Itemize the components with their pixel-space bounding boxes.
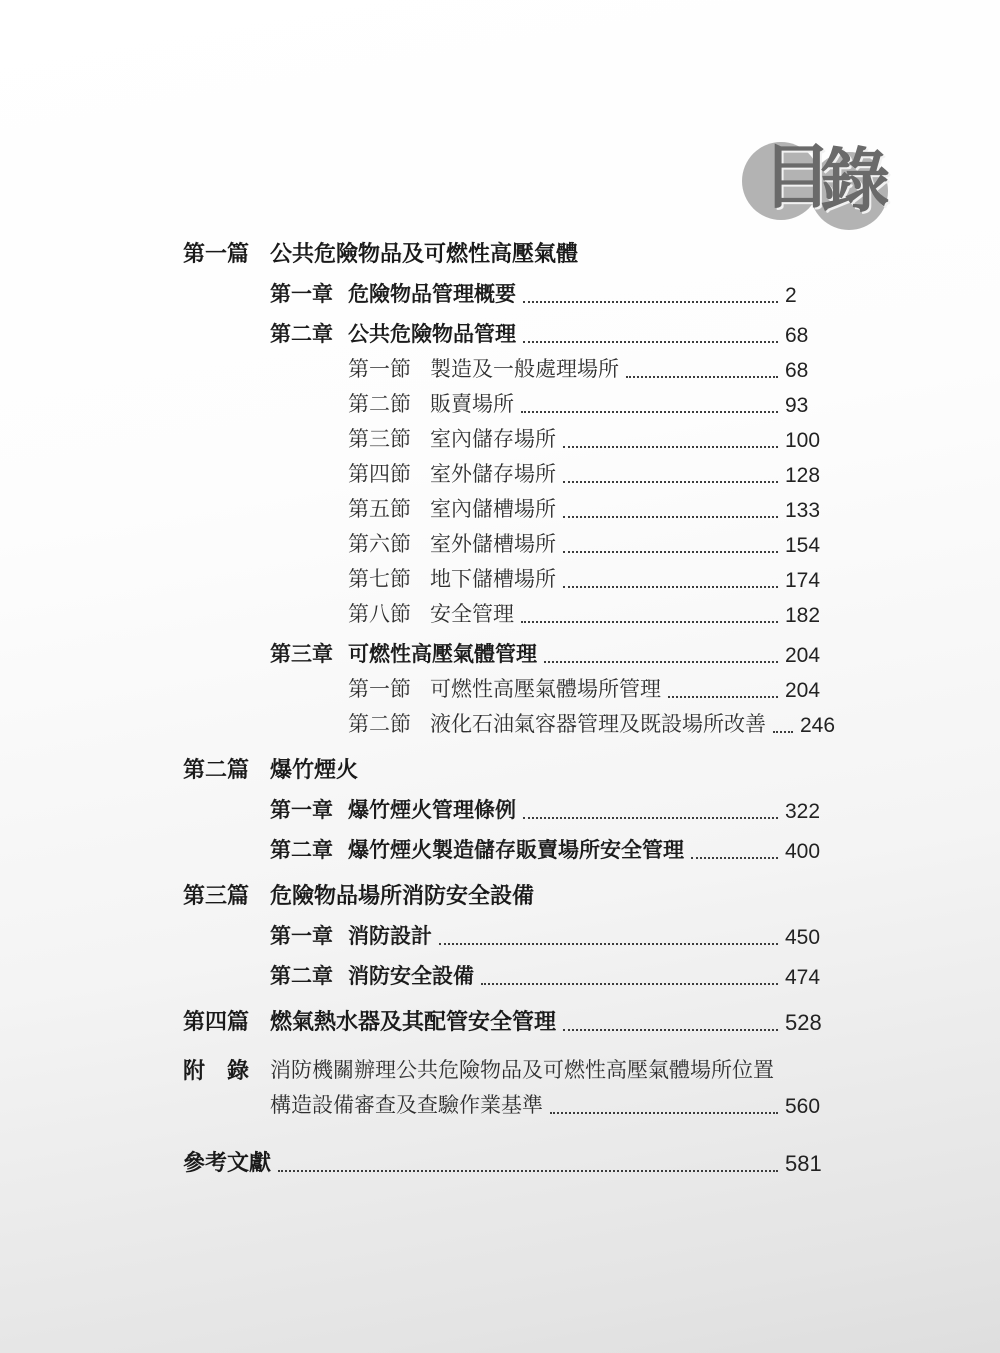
entry-body: 消防機關辦理公共危險物品及可燃性高壓氣體場所位置構造設備審查及查驗作業基準560 [270,1058,823,1119]
entry-label: 第三節 [348,423,430,453]
entry-page-number: 322 [785,800,823,824]
toc-entry-section: 第二節販賣場所93 [183,392,823,418]
entry-page-number: 204 [785,679,823,703]
entry-page-number: 68 [785,359,823,383]
entry-title-continued: 構造設備審查及查驗作業基準 [270,1089,543,1119]
dot-leader [523,817,778,819]
entry-label: 第三篇 [183,879,270,910]
toc-entry-chapter: 第一章消防設計450 [183,924,823,950]
entry-page-number: 133 [785,499,823,523]
dot-leader [544,661,778,663]
entry-title: 燃氣熱水器及其配管安全管理 [270,1005,556,1036]
entry-page-number: 154 [785,534,823,558]
dot-leader [668,696,778,698]
toc-entry-section: 第三節室內儲存場所100 [183,427,823,453]
toc-entry-chapter: 第一章爆竹煙火管理條例322 [183,798,823,824]
entry-label: 第一章 [270,920,348,950]
dot-leader [523,301,778,303]
dot-leader [563,516,778,518]
document-page: 目 錄 第一篇公共危險物品及可燃性高壓氣體第一章危險物品管理概要2第二章公共危險… [0,0,1000,1353]
dot-leader [439,943,778,945]
entry-label: 第二節 [348,388,430,418]
entry-page-number: 182 [785,604,823,628]
toc-entry-part: 第二篇爆竹煙火 [183,758,823,784]
toc-entry-part: 第三篇危險物品場所消防安全設備 [183,884,823,910]
toc-list: 第一篇公共危險物品及可燃性高壓氣體第一章危險物品管理概要2第二章公共危險物品管理… [183,242,823,1177]
dot-leader [550,1112,778,1114]
dot-leader [523,341,778,343]
entry-page-number: 100 [785,429,823,453]
entry-page-number: 2 [785,284,823,308]
entry-label: 第五節 [348,493,430,523]
entry-title: 參考文獻 [183,1146,271,1177]
entry-page-number: 174 [785,569,823,593]
dot-leader [563,1029,778,1031]
entry-title: 製造及一般處理場所 [430,353,619,383]
entry-page-number: 450 [785,926,823,950]
entry-title: 爆竹煙火製造儲存販賣場所安全管理 [348,834,684,864]
entry-page-number: 93 [785,394,823,418]
dot-leader [563,586,778,588]
toc-entry-chapter: 第二章消防安全設備474 [183,964,823,990]
toc-entry-part: 第四篇燃氣熱水器及其配管安全管理528 [183,1010,823,1036]
dot-leader [691,857,778,859]
entry-page-number: 68 [785,324,823,348]
entry-label: 第二章 [270,834,348,864]
entry-title: 可燃性高壓氣體場所管理 [430,673,661,703]
entry-page-number: 246 [800,714,838,738]
dot-leader [563,481,778,483]
entry-title: 室內儲存場所 [430,423,556,453]
toc-entry-ref: 參考文獻581 [183,1151,823,1177]
entry-page-number: 128 [785,464,823,488]
entry-title: 安全管理 [430,598,514,628]
toc-entry-section: 第一節可燃性高壓氣體場所管理204 [183,677,823,703]
entry-title: 危險物品管理概要 [348,278,516,308]
entry-title: 可燃性高壓氣體管理 [348,638,537,668]
toc-entry-section: 第一節製造及一般處理場所68 [183,357,823,383]
entry-title: 消防安全設備 [348,960,474,990]
toc-entry-chapter: 第三章可燃性高壓氣體管理204 [183,642,823,668]
dot-leader [521,621,778,623]
dot-leader [563,551,778,553]
entry-label: 第一篇 [183,237,270,268]
entry-label: 第二篇 [183,753,270,784]
toc-entry-chapter: 第二章爆竹煙火製造儲存販賣場所安全管理400 [183,838,823,864]
toc-entry-chapter: 第二章公共危險物品管理68 [183,322,823,348]
entry-label: 第六節 [348,528,430,558]
toc-entry-section: 第六節室外儲槽場所154 [183,532,823,558]
toc-entry-section: 第二節液化石油氣容器管理及既設場所改善246 [183,712,823,738]
entry-title: 爆竹煙火管理條例 [348,794,516,824]
toc-entry-section: 第四節室外儲存場所128 [183,462,823,488]
entry-title: 公共危險物品管理 [348,318,516,348]
dot-leader [521,411,778,413]
entry-title: 販賣場所 [430,388,514,418]
dot-leader [626,376,778,378]
entry-title: 爆竹煙火 [270,753,358,784]
entry-label: 第七節 [348,563,430,593]
entry-page-number: 560 [785,1095,823,1119]
dot-leader [773,731,793,733]
entry-label: 第八節 [348,598,430,628]
entry-title: 室外儲槽場所 [430,528,556,558]
entry-label: 第四篇 [183,1005,270,1036]
toc-entry-part: 第一篇公共危險物品及可燃性高壓氣體 [183,242,823,268]
toc-logo: 目 錄 [742,138,898,234]
entry-label: 第一節 [348,353,430,383]
entry-label: 第四節 [348,458,430,488]
entry-label: 第一章 [270,278,348,308]
entry-page-number: 581 [785,1151,823,1177]
entry-label: 第三章 [270,638,348,668]
entry-title: 地下儲槽場所 [430,563,556,593]
entry-title: 室外儲存場所 [430,458,556,488]
entry-label: 第二節 [348,708,430,738]
entry-title: 消防機關辦理公共危險物品及可燃性高壓氣體場所位置 [270,1058,823,1084]
toc-entry-section: 第八節安全管理182 [183,602,823,628]
entry-page-number: 474 [785,966,823,990]
dot-leader [563,446,778,448]
entry-label: 第一章 [270,794,348,824]
entry-label: 附 錄 [183,1058,270,1084]
entry-title: 室內儲槽場所 [430,493,556,523]
toc-entry-section: 第七節地下儲槽場所174 [183,567,823,593]
dot-leader [278,1170,778,1172]
logo-char-lu: 錄 [820,144,890,218]
entry-title: 危險物品場所消防安全設備 [270,879,534,910]
entry-label: 第一節 [348,673,430,703]
entry-title: 公共危險物品及可燃性高壓氣體 [270,237,578,268]
entry-page-number: 204 [785,644,823,668]
entry-label: 第二章 [270,318,348,348]
entry-title: 消防設計 [348,920,432,950]
entry-title: 液化石油氣容器管理及既設場所改善 [430,708,766,738]
entry-page-number: 528 [785,1010,823,1036]
toc-entry-section: 第五節室內儲槽場所133 [183,497,823,523]
entry-page-number: 400 [785,840,823,864]
toc-entry-appendix: 附 錄消防機關辦理公共危險物品及可燃性高壓氣體場所位置構造設備審查及查驗作業基準… [183,1058,823,1119]
dot-leader [481,983,778,985]
entry-label: 第二章 [270,960,348,990]
toc-entry-chapter: 第一章危險物品管理概要2 [183,282,823,308]
